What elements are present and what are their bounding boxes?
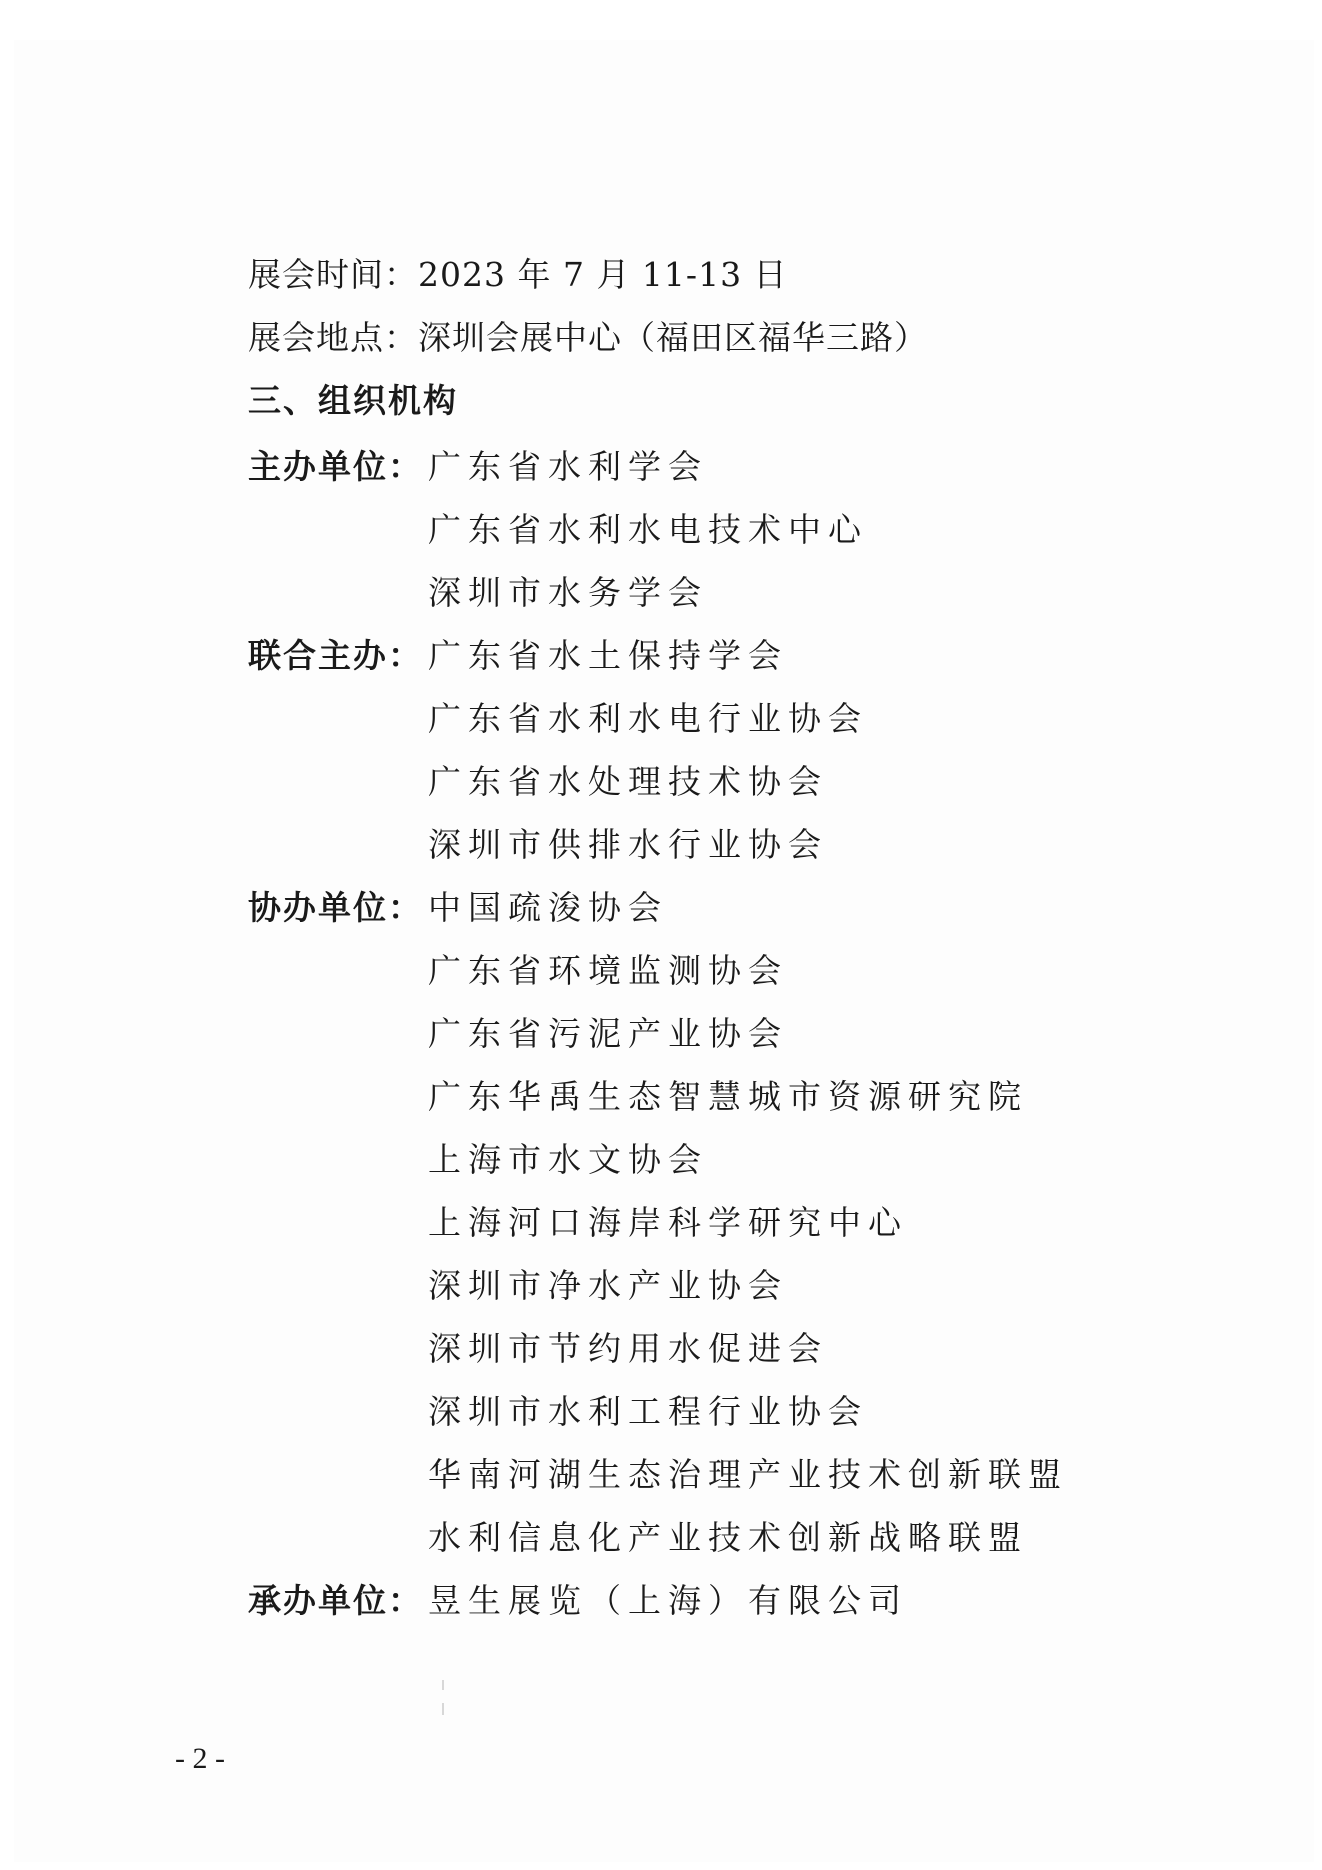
co-organizer-item: 深圳市供排水行业协会 xyxy=(428,819,828,866)
executing-unit-row: 承办单位： 昱生展览（上海）有限公司 xyxy=(248,1578,908,1618)
co-organizers-label: 联合主办： xyxy=(248,630,428,677)
supporting-unit-item: 上海市水文协会 xyxy=(428,1134,708,1181)
supporting-unit-item: 广东省污泥产业协会 xyxy=(428,1008,788,1055)
organizer-item: 深圳市水务学会 xyxy=(428,567,708,614)
exhibition-venue: 展会地点：深圳会展中心（福田区福华三路） xyxy=(248,318,928,358)
supporting-unit-row: 广东省污泥产业协会 xyxy=(248,1011,788,1051)
exhibition-time-value: 2023 年 7 月 11-13 日 xyxy=(418,255,788,294)
scan-artifact xyxy=(442,1680,444,1690)
co-organizer-item: 广东省水利水电行业协会 xyxy=(428,693,868,740)
supporting-unit-row: 上海市水文协会 xyxy=(248,1137,708,1177)
executing-unit-item: 昱生展览（上海）有限公司 xyxy=(428,1575,908,1622)
co-organizer-row: 深圳市供排水行业协会 xyxy=(248,822,828,862)
supporting-unit-row: 深圳市节约用水促进会 xyxy=(248,1326,828,1366)
co-organizer-item: 广东省水土保持学会 xyxy=(428,630,788,677)
organizer-row: 主办单位： 广东省水利学会 xyxy=(248,444,708,484)
scan-artifact xyxy=(442,1703,444,1715)
co-organizer-item: 广东省水处理技术协会 xyxy=(428,756,828,803)
supporting-unit-item: 深圳市水利工程行业协会 xyxy=(428,1386,868,1433)
co-organizer-row: 联合主办： 广东省水土保持学会 xyxy=(248,633,788,673)
supporting-unit-item: 广东华禹生态智慧城市资源研究院 xyxy=(428,1071,1028,1118)
supporting-unit-row: 深圳市水利工程行业协会 xyxy=(248,1389,868,1429)
co-organizer-row: 广东省水处理技术协会 xyxy=(248,759,828,799)
exhibition-time-label: 展会时间： xyxy=(248,255,418,294)
organizer-item: 广东省水利学会 xyxy=(428,441,708,488)
co-organizer-row: 广东省水利水电行业协会 xyxy=(248,696,868,736)
organizers-label: 主办单位： xyxy=(248,441,428,488)
supporting-unit-item: 深圳市节约用水促进会 xyxy=(428,1323,828,1370)
organizer-row: 广东省水利水电技术中心 xyxy=(248,507,868,547)
organizer-item: 广东省水利水电技术中心 xyxy=(428,504,868,551)
supporting-unit-row: 广东省环境监测协会 xyxy=(248,948,788,988)
section-heading: 三、组织机构 xyxy=(248,381,458,421)
supporting-unit-row: 广东华禹生态智慧城市资源研究院 xyxy=(248,1074,1028,1114)
supporting-unit-item: 水利信息化产业技术创新战略联盟 xyxy=(428,1512,1028,1559)
supporting-unit-row: 水利信息化产业技术创新战略联盟 xyxy=(248,1515,1028,1555)
supporting-unit-item: 上海河口海岸科学研究中心 xyxy=(428,1197,908,1244)
supporting-unit-row: 协办单位： 中国疏浚协会 xyxy=(248,885,668,925)
supporting-units-label: 协办单位： xyxy=(248,882,428,929)
exhibition-venue-value: 深圳会展中心（福田区福华三路） xyxy=(418,318,928,357)
supporting-unit-item: 深圳市净水产业协会 xyxy=(428,1260,788,1307)
supporting-unit-item: 广东省环境监测协会 xyxy=(428,945,788,992)
supporting-unit-row: 华南河湖生态治理产业技术创新联盟 xyxy=(248,1452,1068,1492)
supporting-unit-row: 深圳市净水产业协会 xyxy=(248,1263,788,1303)
organizer-row: 深圳市水务学会 xyxy=(248,570,708,610)
supporting-unit-item: 中国疏浚协会 xyxy=(428,882,668,929)
exhibition-venue-label: 展会地点： xyxy=(248,318,418,357)
executing-unit-label: 承办单位： xyxy=(248,1575,428,1622)
page-number: - 2 - xyxy=(175,1742,225,1776)
supporting-unit-item: 华南河湖生态治理产业技术创新联盟 xyxy=(428,1449,1068,1496)
exhibition-time: 展会时间：2023 年 7 月 11-13 日 xyxy=(248,255,788,295)
supporting-unit-row: 上海河口海岸科学研究中心 xyxy=(248,1200,908,1240)
